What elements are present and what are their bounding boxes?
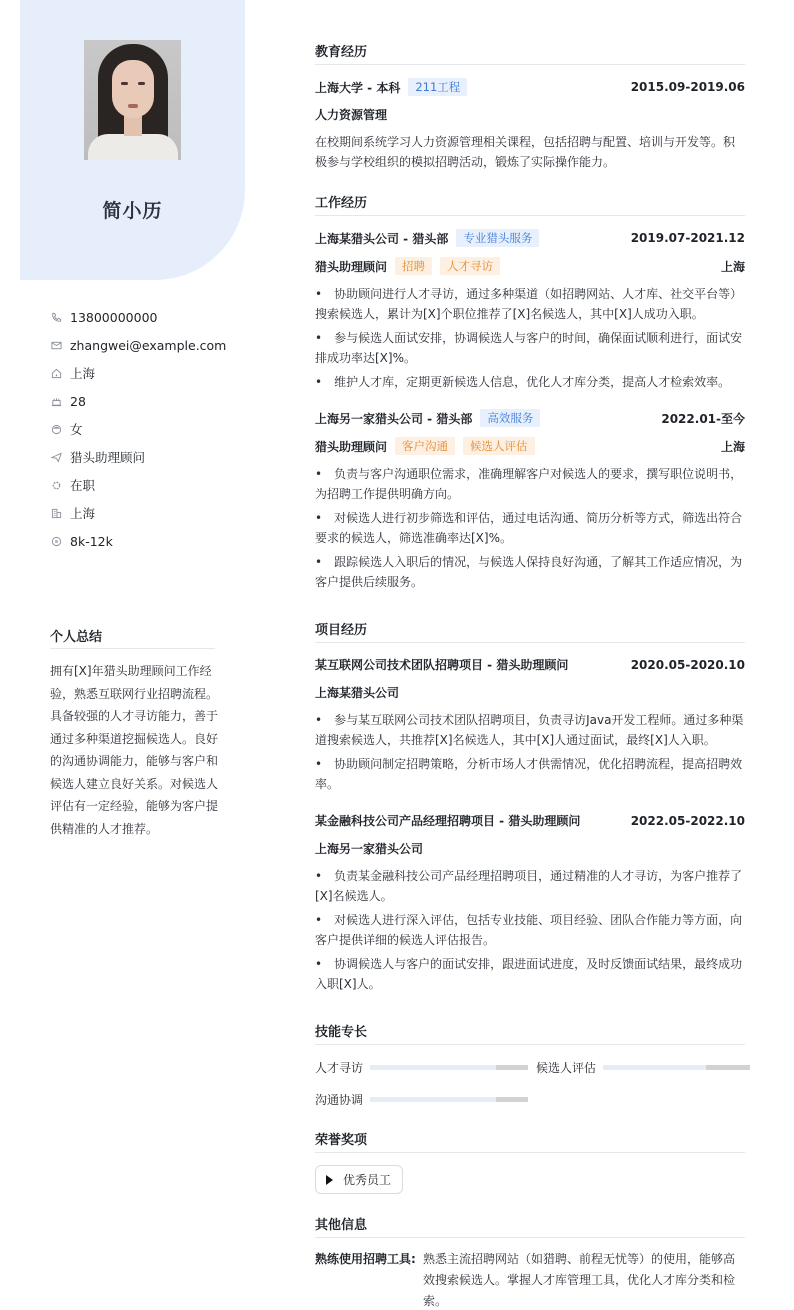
contact-value: 上海 [70, 364, 95, 382]
contact-age: 28 [50, 387, 250, 415]
candidate-name: 简小历 [20, 196, 245, 223]
skills-title: 技能专长 [315, 1021, 745, 1045]
project-2-header: 某金融科技公司产品经理招聘项目 - 猎头助理顾问 2022.05-2022.10 [315, 812, 745, 829]
contact-status: 在职 [50, 471, 250, 499]
contact-value: 13800000000 [70, 310, 157, 325]
city-icon [50, 507, 62, 519]
contact-list: 13800000000 zhangwei@example.com 上海 28 女… [50, 303, 250, 555]
education-date: 2015.09-2019.06 [631, 80, 745, 94]
other-value: 熟悉主流招聘网站（如猎聘、前程无忧等）的使用，能够高效搜索候选人。掌握人才库管理… [423, 1249, 745, 1310]
project-date: 2020.05-2020.10 [631, 658, 745, 672]
contact-gender: 女 [50, 415, 250, 443]
profile-card: 简小历 [20, 0, 245, 280]
skill-item: 沟通协调 [315, 1091, 528, 1108]
home-icon [50, 367, 62, 379]
contact-value: 在职 [70, 476, 95, 494]
work-item-2-bullets: 负责与客户沟通职位需求，准确理解客户对候选人的要求，撰写职位说明书，为招聘工作提… [315, 464, 745, 596]
project-1-bullets: 参与某互联网公司技术团队招聘项目，负责寻访Java开发工程师。通过多种渠道搜索候… [315, 710, 745, 798]
list-item: 负责与客户沟通职位需求，准确理解客户对候选人的要求，撰写职位说明书，为招聘工作提… [315, 464, 745, 504]
work-item-1-bullets: 协助顾问进行人才寻访，通过多种渠道（如招聘网站、人才库、社交平台等）搜索候选人，… [315, 284, 745, 396]
phone-icon [50, 311, 62, 323]
school-tag: 211工程 [408, 78, 467, 96]
project-date: 2022.05-2022.10 [631, 814, 745, 828]
summary-title: 个人总结 [50, 626, 215, 649]
contact-phone: 13800000000 [50, 303, 250, 331]
project-2-company: 上海另一家猎头公司 [315, 840, 745, 857]
company-name: 上海某猎头公司 - 猎头部 [315, 230, 448, 247]
summary-text: 拥有[X]年猎头助理顾问工作经验，熟悉互联网行业招聘流程。具备较强的人才寻访能力… [50, 660, 218, 840]
other-item: 熟练使用招聘工具: 熟悉主流招聘网站（如猎聘、前程无忧等）的使用，能够高效搜索候… [315, 1249, 745, 1310]
project-2-bullets: 负责某金融科技公司产品经理招聘项目，通过精准的人才寻访，为客户推荐了[X]名候选… [315, 866, 745, 998]
salary-icon [50, 535, 62, 547]
list-item: 协助顾问制定招聘策略，分析市场人才供需情况，优化招聘流程，提高招聘效率。 [315, 754, 745, 794]
school-name: 上海大学 - 本科 [315, 79, 400, 96]
list-item: 协调候选人与客户的面试安排，跟进面试进度，及时反馈面试结果，最终成功入职[X]人… [315, 954, 745, 994]
project-1-company: 上海某猎头公司 [315, 684, 745, 701]
education-major-row: 人力资源管理 [315, 106, 745, 123]
role-tag: 候选人评估 [463, 437, 535, 455]
contact-value: 8k-12k [70, 534, 113, 549]
company-name: 上海另一家猎头公司 - 猎头部 [315, 410, 472, 427]
other-key: 熟练使用招聘工具: [315, 1249, 423, 1310]
education-title: 教育经历 [315, 41, 745, 65]
role-tag: 客户沟通 [395, 437, 455, 455]
list-item: 对候选人进行深入评估，包括专业技能、项目经验、团队合作能力等方面，向客户提供详细… [315, 910, 745, 950]
project-company: 上海另一家猎头公司 [315, 840, 423, 857]
work-title: 工作经历 [315, 192, 745, 216]
age-icon [50, 395, 62, 407]
list-item: 参与候选人面试安排，协调候选人与客户的时间，确保面试顺利进行，面试安排成功率达[… [315, 328, 745, 368]
skill-bar [603, 1065, 750, 1070]
gender-icon [50, 423, 62, 435]
list-item: 维护人才库，定期更新候选人信息，优化人才库分类，提高人才检索效率。 [315, 372, 745, 392]
contact-value: 猎头助理顾问 [70, 448, 145, 466]
skill-item: 候选人评估 [536, 1059, 750, 1076]
work-location: 上海 [721, 438, 745, 455]
job-icon [50, 451, 62, 463]
skill-name: 沟通协调 [315, 1091, 370, 1108]
role-tag: 人才寻访 [440, 257, 500, 275]
award-label: 优秀员工 [343, 1171, 391, 1188]
status-icon [50, 479, 62, 491]
education-desc: 在校期间系统学习人力资源管理相关课程，包括招聘与配置、培训与开发等。积极参与学校… [315, 132, 745, 172]
contact-job: 猎头助理顾问 [50, 443, 250, 471]
role: 猎头助理顾问 [315, 438, 387, 455]
awards-title: 荣誉奖项 [315, 1129, 745, 1153]
other-title: 其他信息 [315, 1214, 745, 1238]
mail-icon [50, 339, 62, 351]
triangle-right-icon [326, 1175, 333, 1185]
contact-hometown: 上海 [50, 359, 250, 387]
skills-row-1: 人才寻访 候选人评估 [315, 1059, 750, 1076]
skill-bar [370, 1097, 528, 1102]
projects-title: 项目经历 [315, 619, 745, 643]
list-item: 负责某金融科技公司产品经理招聘项目，通过精准的人才寻访，为客户推荐了[X]名候选… [315, 866, 745, 906]
contact-value: zhangwei@example.com [70, 338, 226, 353]
project-name: 某金融科技公司产品经理招聘项目 - 猎头助理顾问 [315, 812, 580, 829]
skill-bar [370, 1065, 528, 1070]
contact-value: 28 [70, 394, 86, 409]
work-date: 2019.07-2021.12 [631, 231, 745, 245]
work-item-2-role: 猎头助理顾问 客户沟通 候选人评估 上海 [315, 437, 745, 455]
skill-name: 候选人评估 [536, 1059, 603, 1076]
company-tag: 高效服务 [480, 409, 540, 427]
contact-email: zhangwei@example.com [50, 331, 250, 359]
list-item: 参与某互联网公司技术团队招聘项目，负责寻访Java开发工程师。通过多种渠道搜索候… [315, 710, 745, 750]
profile-photo [84, 40, 181, 160]
skill-item: 人才寻访 [315, 1059, 528, 1076]
education-header: 上海大学 - 本科 211工程 2015.09-2019.06 [315, 78, 745, 96]
list-item: 跟踪候选人入职后的情况，与候选人保持良好沟通，了解其工作适应情况，为客户提供后续… [315, 552, 745, 592]
work-location: 上海 [721, 258, 745, 275]
contact-value: 上海 [70, 504, 95, 522]
work-item-1-role: 猎头助理顾问 招聘 人才寻访 上海 [315, 257, 745, 275]
skills-row-2: 沟通协调 [315, 1091, 528, 1108]
skill-name: 人才寻访 [315, 1059, 370, 1076]
project-1-header: 某互联网公司技术团队招聘项目 - 猎头助理顾问 2020.05-2020.10 [315, 656, 745, 673]
contact-salary: 8k-12k [50, 527, 250, 555]
list-item: 对候选人进行初步筛选和评估，通过电话沟通、简历分析等方式，筛选出符合要求的候选人… [315, 508, 745, 548]
project-name: 某互联网公司技术团队招聘项目 - 猎头助理顾问 [315, 656, 568, 673]
work-item-1-header: 上海某猎头公司 - 猎头部 专业猎头服务 2019.07-2021.12 [315, 229, 745, 247]
contact-city: 上海 [50, 499, 250, 527]
role: 猎头助理顾问 [315, 258, 387, 275]
major: 人力资源管理 [315, 106, 387, 123]
award-toggle-button[interactable]: 优秀员工 [315, 1165, 403, 1194]
list-item: 协助顾问进行人才寻访，通过多种渠道（如招聘网站、人才库、社交平台等）搜索候选人，… [315, 284, 745, 324]
work-date: 2022.01-至今 [661, 410, 745, 427]
work-item-2-header: 上海另一家猎头公司 - 猎头部 高效服务 2022.01-至今 [315, 409, 745, 427]
contact-value: 女 [70, 420, 83, 438]
project-company: 上海某猎头公司 [315, 684, 399, 701]
company-tag: 专业猎头服务 [456, 229, 539, 247]
role-tag: 招聘 [395, 257, 432, 275]
